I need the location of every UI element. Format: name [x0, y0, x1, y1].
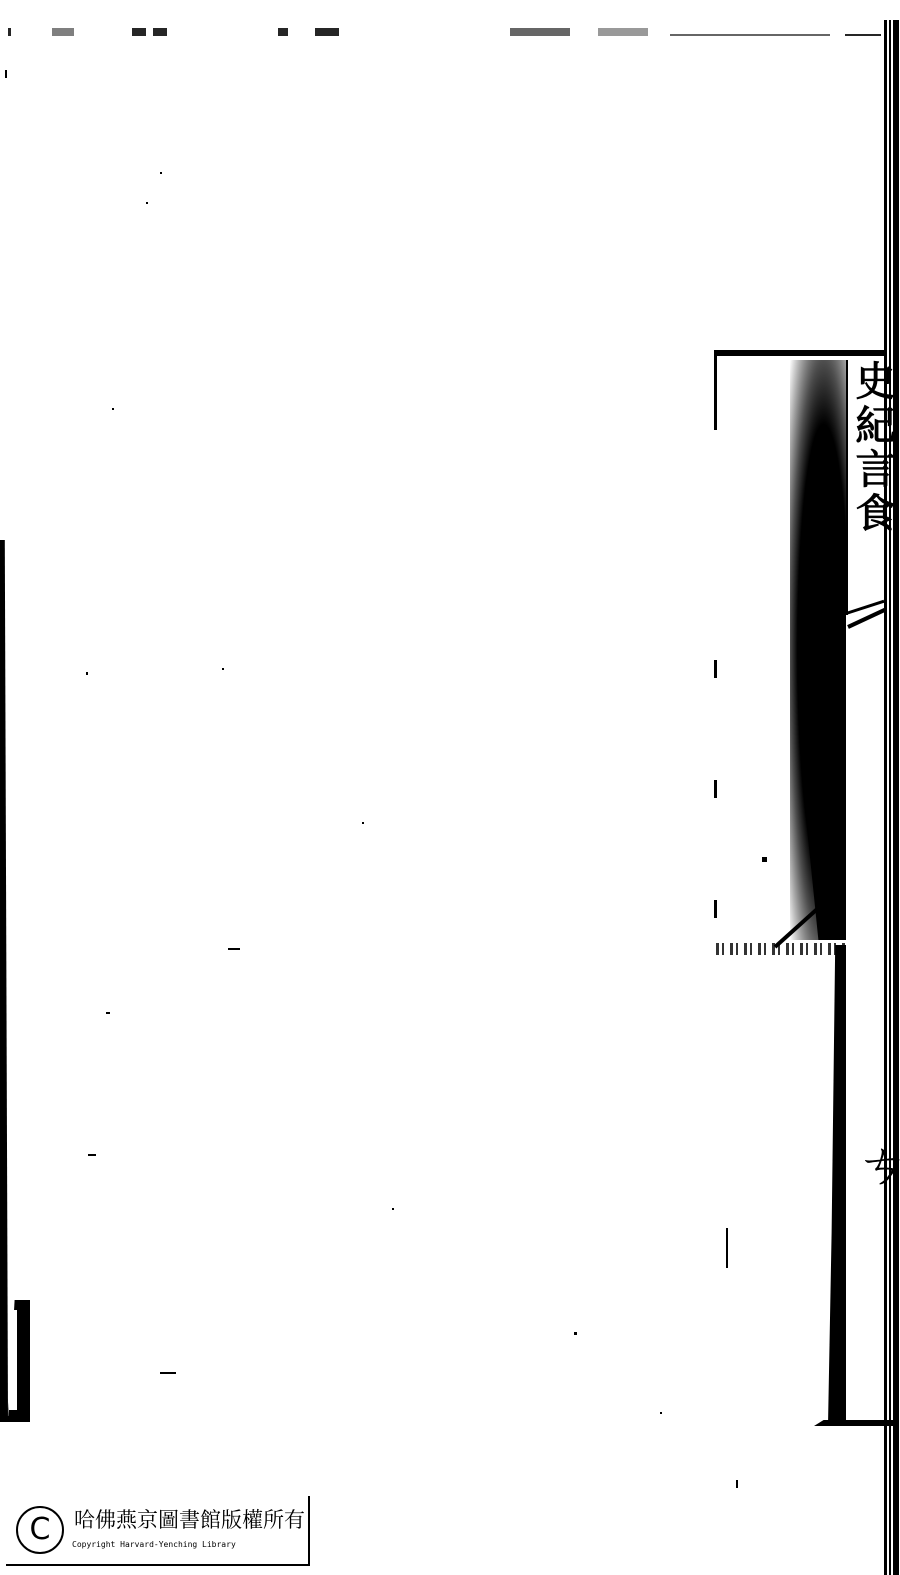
spine-lower-edge	[828, 945, 846, 1425]
speck	[660, 1412, 662, 1414]
speck	[362, 822, 364, 824]
speck	[88, 1154, 96, 1156]
scan-noise-strip	[0, 24, 900, 40]
noise-fragment	[315, 28, 339, 36]
copyright-icon: C	[16, 1506, 64, 1554]
binding-line	[889, 20, 891, 1575]
left-edge-gap	[9, 1310, 17, 1410]
speck	[146, 202, 148, 204]
copyright-chinese-text: 哈佛燕京圖書館版權所有	[74, 1504, 305, 1534]
speck	[736, 1480, 738, 1488]
speck	[574, 1332, 577, 1335]
noise-fragment	[845, 34, 881, 36]
title-text: 史紀言食	[850, 360, 894, 615]
speck	[160, 1372, 176, 1374]
cover-top-border	[716, 350, 886, 356]
speck	[106, 1012, 110, 1014]
noise-fragment	[598, 28, 648, 36]
speck	[86, 672, 88, 675]
noise-fragment	[132, 28, 146, 36]
speck	[228, 948, 240, 950]
speck	[222, 668, 224, 670]
right-binding-edge	[880, 20, 900, 1575]
title-label: 史紀言食	[846, 360, 884, 615]
speck	[392, 1208, 394, 1210]
noise-fragment	[153, 28, 167, 36]
cover-left-specks	[714, 660, 717, 920]
cover-bottom-border	[814, 1420, 894, 1426]
left-edge-bottom	[0, 1416, 30, 1422]
left-book-edge	[0, 540, 8, 1420]
noise-fragment	[670, 34, 830, 36]
noise-fragment	[278, 28, 288, 36]
copyright-english-text: Copyright Harvard-Yenching Library	[72, 1540, 236, 1549]
binding-line	[893, 20, 899, 1575]
noise-fragment	[52, 28, 74, 36]
speck	[5, 70, 7, 78]
speck	[762, 857, 767, 862]
cover-character: ㄘ	[858, 1140, 900, 1190]
cover-mid-band	[716, 943, 846, 955]
cover-left-border	[714, 350, 717, 430]
copyright-stamp: C 哈佛燕京圖書館版權所有 Copyright Harvard-Yenching…	[6, 1496, 310, 1566]
speck	[726, 1228, 728, 1268]
speck	[112, 408, 114, 410]
speck	[160, 172, 162, 174]
binding-line	[884, 20, 887, 1575]
noise-fragment	[8, 28, 11, 36]
noise-fragment	[510, 28, 570, 36]
